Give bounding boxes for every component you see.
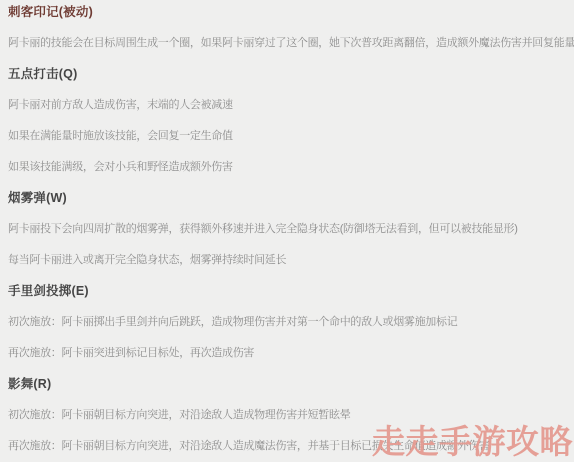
skill-heading-q: 五点打击(Q) <box>8 66 566 82</box>
skill-heading-passive: 刺客印记(被动) <box>8 4 566 20</box>
skill-desc-r-2: 再次施放：阿卡丽朝目标方向突进，对沿途敌人造成魔法伤害，并基于目标已损失生命值造… <box>8 438 566 454</box>
skill-guide-page: 刺客印记(被动) 阿卡丽的技能会在目标周围生成一个圈，如果阿卡丽穿过了这个圈，她… <box>0 0 574 462</box>
skill-desc-q-1: 阿卡丽对前方敌人造成伤害，末端的人会被减速 <box>8 97 566 113</box>
skill-desc-q-2: 如果在满能量时施放该技能，会回复一定生命值 <box>8 128 566 144</box>
skill-heading-e: 手里剑投掷(E) <box>8 283 566 299</box>
skill-desc-q-3: 如果该技能满级，会对小兵和野怪造成额外伤害 <box>8 159 566 175</box>
skill-desc-w-2: 每当阿卡丽进入或离开完全隐身状态，烟雾弹持续时间延长 <box>8 252 566 268</box>
skill-desc-passive: 阿卡丽的技能会在目标周围生成一个圈，如果阿卡丽穿过了这个圈，她下次普攻距离翻倍，… <box>8 35 566 51</box>
skill-desc-w-1: 阿卡丽投下会向四周扩散的烟雾弹，获得额外移速并进入完全隐身状态(防御塔无法看到，… <box>8 221 566 237</box>
skill-desc-e-1: 初次施放：阿卡丽掷出手里剑并向后跳跃，造成物理伤害并对第一个命中的敌人或烟雾施加… <box>8 314 566 330</box>
skill-heading-w: 烟雾弹(W) <box>8 190 566 206</box>
skill-desc-r-1: 初次施放：阿卡丽朝目标方向突进，对沿途敌人造成物理伤害并短暂眩晕 <box>8 407 566 423</box>
skill-desc-e-2: 再次施放：阿卡丽突进到标记目标处，再次造成伤害 <box>8 345 566 361</box>
skill-heading-r: 影舞(R) <box>8 376 566 392</box>
